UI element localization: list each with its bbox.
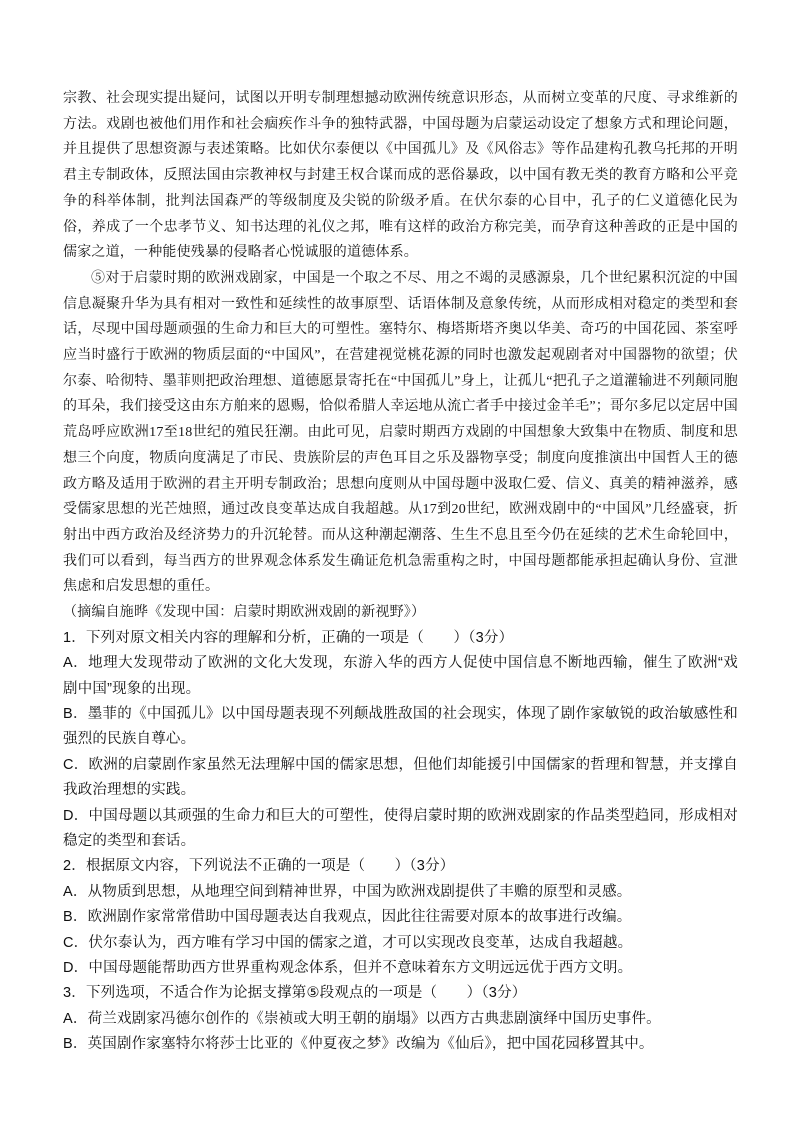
question-1-option-a: A．地理大发现带动了欧洲的文化大发现，东游入华的西方人促使中国信息不断地西输，催… [63,651,738,702]
reading-passage: 宗教、社会现实提出疑问，试图以开明专制理想撼动欧洲传统意识形态，从而树立变革的尺… [63,86,738,626]
question-2-option-c: C．伏尔泰认为，西方唯有学习中国的儒家之道，才可以实现改良变革，达成自我超越。 [63,931,738,956]
passage-paragraph-continuation: 宗教、社会现实提出疑问，试图以开明专制理想撼动欧洲传统意识形态，从而树立变革的尺… [63,86,738,266]
question-1: 1．下列对原文相关内容的理解和分析，正确的一项是（ ）（3分） A．地理大发现带… [63,626,738,855]
question-1-option-d: D．中国母题以其顽强的生命力和巨大的可塑性，使得启蒙时期的欧洲戏剧家的作品类型趋… [63,804,738,855]
question-1-option-c: C．欧洲的启蒙剧作家虽然无法理解中国的儒家思想，但他们却能援引中国儒家的哲理和智… [63,753,738,804]
question-2-stem: 2．根据原文内容，下列说法不正确的一项是（ ）（3分） [63,854,738,879]
passage-paragraph-5: ⑤对于启蒙时期的欧洲戏剧家，中国是一个取之不尽、用之不竭的灵感源泉，几个世纪累积… [63,266,738,600]
question-2-option-b: B．欧洲剧作家常常借助中国母题表达自我观点，因此往往需要对原本的故事进行改编。 [63,905,738,930]
exam-page: 宗教、社会现实提出疑问，试图以开明专制理想撼动欧洲传统意识形态，从而树立变革的尺… [0,0,794,1123]
question-3-option-a: A．荷兰戏剧家冯德尔创作的《崇祯或大明王朝的崩塌》以西方古典悲剧演绎中国历史事件… [63,1007,738,1032]
question-3-stem: 3．下列选项，不适合作为论据支撑第⑤段观点的一项是（ ）（3分） [63,981,738,1006]
question-2: 2．根据原文内容，下列说法不正确的一项是（ ）（3分） A．从物质到思想，从地理… [63,854,738,981]
question-3-option-b: B．英国剧作家塞特尔将莎士比亚的《仲夏夜之梦》改编为《仙后》，把中国花园移置其中… [63,1032,738,1057]
question-2-option-d: D．中国母题能帮助西方世界重构观念体系，但并不意味着东方文明远远优于西方文明。 [63,956,738,981]
passage-attribution: （摘编自施晔《发现中国：启蒙时期欧洲戏剧的新视野》） [63,600,738,626]
question-1-stem: 1．下列对原文相关内容的理解和分析，正确的一项是（ ）（3分） [63,626,738,651]
question-2-option-a: A．从物质到思想，从地理空间到精神世界，中国为欧洲戏剧提供了丰赡的原型和灵感。 [63,880,738,905]
question-section: 1．下列对原文相关内容的理解和分析，正确的一项是（ ）（3分） A．地理大发现带… [63,626,738,1058]
question-1-option-b: B．墨菲的《中国孤儿》以中国母题表现不列颠战胜敌国的社会现实，体现了剧作家敏锐的… [63,702,738,753]
question-3: 3．下列选项，不适合作为论据支撑第⑤段观点的一项是（ ）（3分） A．荷兰戏剧家… [63,981,738,1057]
